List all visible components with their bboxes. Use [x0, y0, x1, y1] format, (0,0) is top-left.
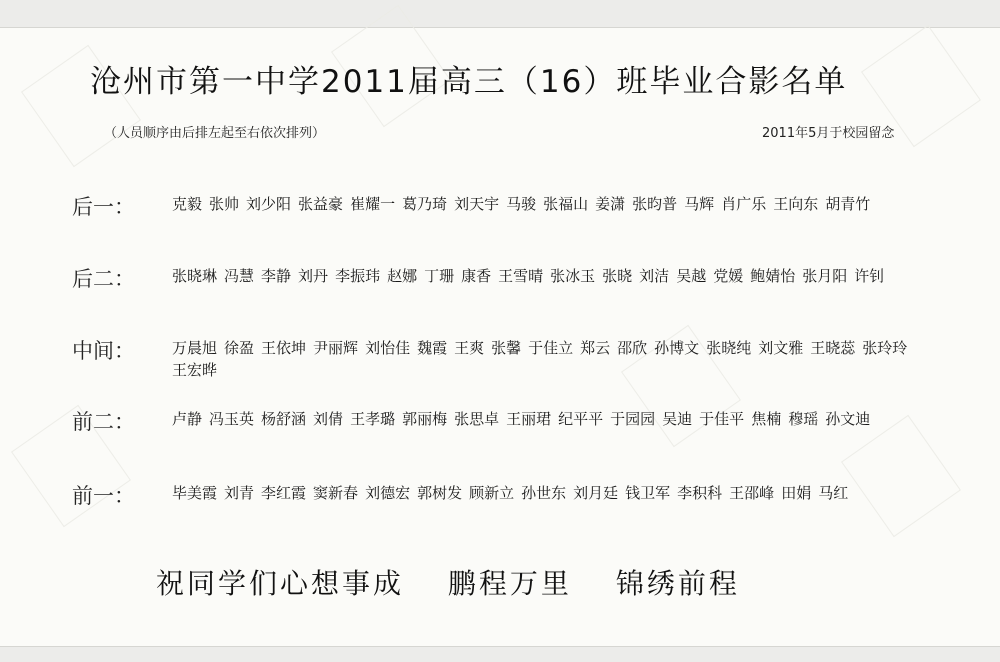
person-name: 刘洁 — [639, 265, 669, 287]
row-names: 毕美霞刘青李红霞窦新春刘德宏郭树发顾新立孙世东刘月廷钱卫军李积科王邵峰田娟马红 — [172, 482, 952, 504]
row-label: 前一： — [72, 480, 135, 510]
person-name: 刘文雅 — [758, 337, 803, 359]
person-name: 邵欣 — [617, 337, 647, 359]
person-name: 穆瑶 — [788, 408, 818, 430]
row-label: 后一： — [72, 191, 135, 221]
person-name: 毕美霞 — [172, 482, 217, 504]
person-name: 王孝璐 — [350, 408, 395, 430]
person-name: 孙文迪 — [825, 408, 870, 430]
person-name: 张晓 — [602, 265, 632, 287]
watermark-logo — [841, 415, 961, 537]
person-name: 胡青竹 — [825, 193, 870, 215]
wish-1: 祝同学们心想事成 — [156, 567, 404, 600]
person-name: 张思卓 — [454, 408, 499, 430]
person-name: 尹丽辉 — [313, 337, 358, 359]
row-names: 张晓琳冯慧李静刘丹李振玮赵娜丁珊康香王雪晴张冰玉张晓刘洁吴越党媛鲍婧怡张月阳许钊 — [172, 265, 952, 287]
person-name: 党媛 — [713, 265, 743, 287]
person-name: 刘月廷 — [573, 482, 618, 504]
person-name: 于佳平 — [699, 408, 744, 430]
person-name: 冯慧 — [224, 265, 254, 287]
person-name: 崔耀一 — [350, 193, 395, 215]
person-name: 徐盈 — [224, 337, 254, 359]
person-name: 王向东 — [773, 193, 818, 215]
person-name: 钱卫军 — [625, 482, 670, 504]
scan-edge-bottom — [0, 646, 1000, 662]
person-name: 张帅 — [209, 193, 239, 215]
person-name: 张玲玲 — [862, 337, 907, 359]
row-label: 前二： — [72, 406, 135, 436]
wish-3: 锦绣前程 — [616, 567, 740, 600]
person-name: 李静 — [261, 265, 291, 287]
person-name: 孙世东 — [521, 482, 566, 504]
person-name: 张月阳 — [802, 265, 847, 287]
person-name: 冯玉英 — [209, 408, 254, 430]
person-name: 孙博文 — [654, 337, 699, 359]
person-name: 肖广乐 — [721, 193, 766, 215]
person-name: 刘倩 — [313, 408, 343, 430]
person-name: 万晨旭 — [172, 337, 217, 359]
person-name: 王依坤 — [261, 337, 306, 359]
document-title: 沧州市第一中学2011届高三（16）班毕业合影名单 — [90, 56, 950, 101]
person-name: 姜潇 — [595, 193, 625, 215]
person-name: 张福山 — [543, 193, 588, 215]
person-name: 张馨 — [491, 337, 521, 359]
person-name: 刘丹 — [298, 265, 328, 287]
person-name: 李红霞 — [261, 482, 306, 504]
person-name: 杨舒涵 — [261, 408, 306, 430]
person-name: 克毅 — [172, 193, 202, 215]
person-name: 刘少阳 — [246, 193, 291, 215]
person-name: 马骏 — [506, 193, 536, 215]
person-name: 王晓蕊 — [810, 337, 855, 359]
row-label: 中间： — [72, 335, 135, 365]
person-name: 郑云 — [580, 337, 610, 359]
scan-edge-top — [0, 0, 1000, 28]
person-name: 许钊 — [854, 265, 884, 287]
person-name: 焦楠 — [751, 408, 781, 430]
person-name: 刘青 — [224, 482, 254, 504]
person-name: 马红 — [818, 482, 848, 504]
person-name: 窦新春 — [313, 482, 358, 504]
person-name: 李积科 — [677, 482, 722, 504]
row-label: 后二： — [72, 263, 135, 293]
person-name: 王丽珺 — [506, 408, 551, 430]
person-name: 于佳立 — [528, 337, 573, 359]
row-names: 万晨旭徐盈王依坤尹丽辉刘怡佳魏霞王爽张馨于佳立郑云邵欣孙博文张晓纯刘文雅王晓蕊张… — [172, 337, 952, 381]
person-name: 王宏晔 — [172, 359, 217, 381]
person-name: 王邵峰 — [729, 482, 774, 504]
person-name: 田娟 — [781, 482, 811, 504]
person-name: 王爽 — [454, 337, 484, 359]
row-names: 卢静冯玉英杨舒涵刘倩王孝璐郭丽梅张思卓王丽珺纪平平于园园吴迪于佳平焦楠穆瑶孙文迪 — [172, 408, 952, 430]
person-name: 葛乃琦 — [402, 193, 447, 215]
person-name: 张晓琳 — [172, 265, 217, 287]
ordering-note: （人员顺序由后排左起至右依次排列） — [104, 122, 325, 141]
person-name: 于园园 — [610, 408, 655, 430]
person-name: 康香 — [461, 265, 491, 287]
person-name: 纪平平 — [558, 408, 603, 430]
person-name: 王雪晴 — [498, 265, 543, 287]
person-name: 顾新立 — [469, 482, 514, 504]
person-name: 丁珊 — [424, 265, 454, 287]
person-name: 刘怡佳 — [365, 337, 410, 359]
person-name: 刘德宏 — [365, 482, 410, 504]
person-name: 张益豪 — [298, 193, 343, 215]
person-name: 赵娜 — [387, 265, 417, 287]
date-note: 2011年5月于校园留念 — [762, 122, 894, 141]
person-name: 卢静 — [172, 408, 202, 430]
person-name: 李振玮 — [335, 265, 380, 287]
person-name: 吴迪 — [662, 408, 692, 430]
person-name: 马辉 — [684, 193, 714, 215]
person-name: 郭树发 — [417, 482, 462, 504]
row-names: 克毅张帅刘少阳张益豪崔耀一葛乃琦刘天宇马骏张福山姜潇张昀普马辉肖广乐王向东胡青竹 — [172, 193, 952, 215]
person-name: 魏霞 — [417, 337, 447, 359]
person-name: 吴越 — [676, 265, 706, 287]
person-name: 张冰玉 — [550, 265, 595, 287]
person-name: 鲍婧怡 — [750, 265, 795, 287]
person-name: 刘天宇 — [454, 193, 499, 215]
wish-2: 鹏程万里 — [448, 567, 572, 600]
person-name: 张晓纯 — [706, 337, 751, 359]
person-name: 张昀普 — [632, 193, 677, 215]
person-name: 郭丽梅 — [402, 408, 447, 430]
closing-wishes: 祝同学们心想事成 鹏程万里 锦绣前程 — [156, 562, 772, 602]
